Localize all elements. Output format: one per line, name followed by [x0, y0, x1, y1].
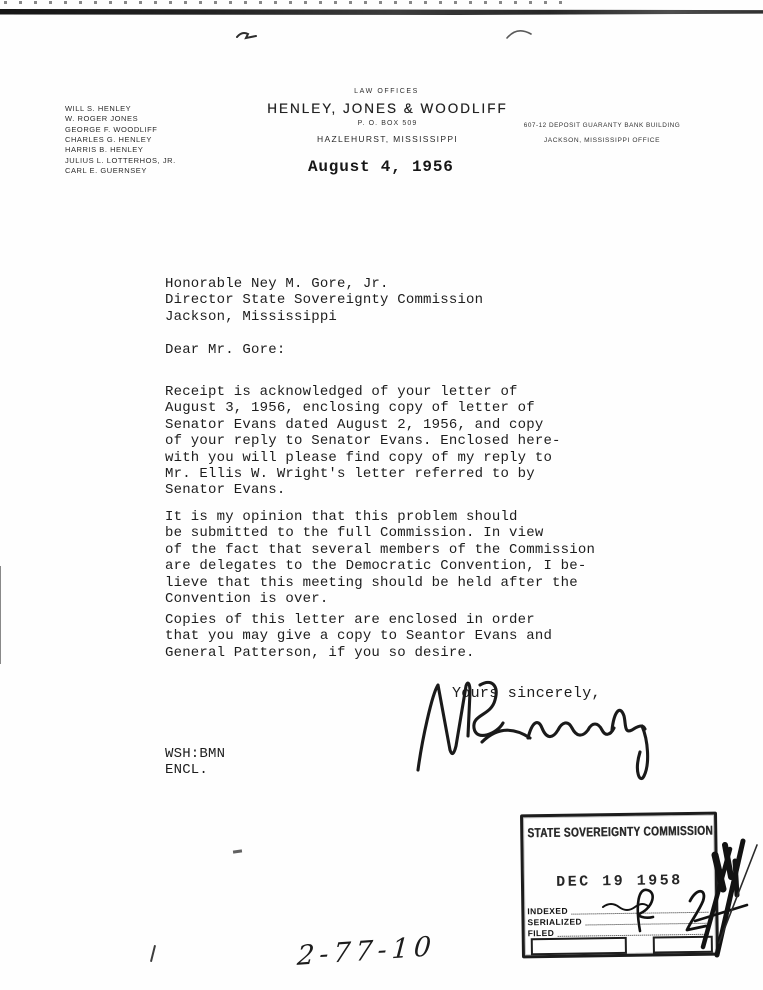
body-line: with you will please find copy of my rep… [165, 450, 561, 466]
stamp-field-label: FILED [528, 928, 555, 938]
branch-office-label: JACKSON, MISSISSIPPI OFFICE [497, 137, 707, 144]
attorney-name: HARRIS B. HENLEY [65, 145, 176, 155]
letter-date: August 4, 1956 [308, 158, 454, 176]
body-line: Convention is over. [165, 591, 595, 607]
body-line: Senator Evans. [165, 482, 561, 498]
stamp-date-received: DEC 19 1958 [524, 872, 715, 892]
body-line: lieve that this meeting should be held a… [165, 575, 595, 591]
recipient-address-block: Honorable Ney M. Gore, Jr. Director Stat… [165, 276, 483, 325]
body-line: General Patterson, if you so desire. [165, 645, 552, 661]
recipient-line: Jackson, Mississippi [165, 309, 483, 325]
stamp-field-list: INDEXED SERIALIZED FILED [527, 903, 710, 939]
body-line: August 3, 1956, enclosing copy of letter… [165, 400, 561, 416]
scan-slash-mark [150, 945, 156, 962]
body-line: that you may give a copy to Seantor Evan… [165, 628, 552, 644]
stamp-field-label: SERIALIZED [527, 917, 582, 928]
firm-name: HENLEY, JONES & WOODLIFF [0, 101, 763, 116]
attorney-name: JULIUS L. LOTTERHOS, JR. [65, 156, 176, 166]
stamp-field-label: INDEXED [527, 906, 568, 917]
pen-squiggle-right [505, 26, 535, 42]
body-line: are delegates to the Democratic Conventi… [165, 558, 595, 574]
attorney-name: CARL E. GUERNSEY [65, 166, 176, 176]
body-line: Senator Evans dated August 2, 1956, and … [165, 417, 561, 433]
received-stamp: STATE SOVEREIGNTY COMMISSION DEC 19 1958… [520, 812, 719, 959]
body-line: be submitted to the full Commission. In … [165, 525, 595, 541]
reference-initials: WSH:BMN [165, 746, 225, 762]
enclosure-notation: ENCL. [165, 762, 225, 778]
recipient-line: Director State Sovereignty Commission [165, 292, 483, 308]
body-line: Mr. Ellis W. Wright's letter referred to… [165, 466, 561, 482]
salutation: Dear Mr. Gore: [165, 342, 285, 358]
paragraph-1: Receipt is acknowledged of your letter o… [165, 384, 561, 499]
law-offices-label: LAW OFFICES [0, 88, 763, 95]
body-line: of the fact that several members of the … [165, 542, 595, 558]
scan-top-border-artifact [0, 9, 763, 15]
body-line: Copies of this letter are enclosed in or… [165, 612, 552, 628]
stamp-checkbox [531, 937, 627, 955]
body-line: It is my opinion that this problem shoul… [165, 509, 595, 525]
body-line: Receipt is acknowledged of your letter o… [165, 384, 561, 400]
scan-smudge-mark [233, 849, 242, 853]
body-line: of your reply to Senator Evans. Enclosed… [165, 433, 561, 449]
reference-block: WSH:BMN ENCL. [165, 746, 225, 779]
scanned-letter-page: WILL S. HENLEY W. ROGER JONES GEORGE F. … [0, 0, 763, 990]
closing-phrase: Yours sincerely, [452, 685, 601, 702]
paragraph-2: It is my opinion that this problem shoul… [165, 509, 595, 607]
stamp-checkbox [653, 936, 713, 954]
scan-left-edge-artifact [0, 566, 1, 664]
catalog-number-handwriting: 2-77-10 [296, 931, 437, 972]
pen-squiggle-left [236, 28, 262, 44]
paragraph-3: Copies of this letter are enclosed in or… [165, 612, 552, 661]
scan-top-dotted-artifact [4, 1, 574, 4]
branch-building-address: 607-12 DEPOSIT GUARANTY BANK BUILDING [497, 122, 707, 129]
recipient-line: Honorable Ney M. Gore, Jr. [165, 276, 483, 292]
stamp-title: STATE SOVEREIGNTY COMMISSION [527, 823, 713, 841]
